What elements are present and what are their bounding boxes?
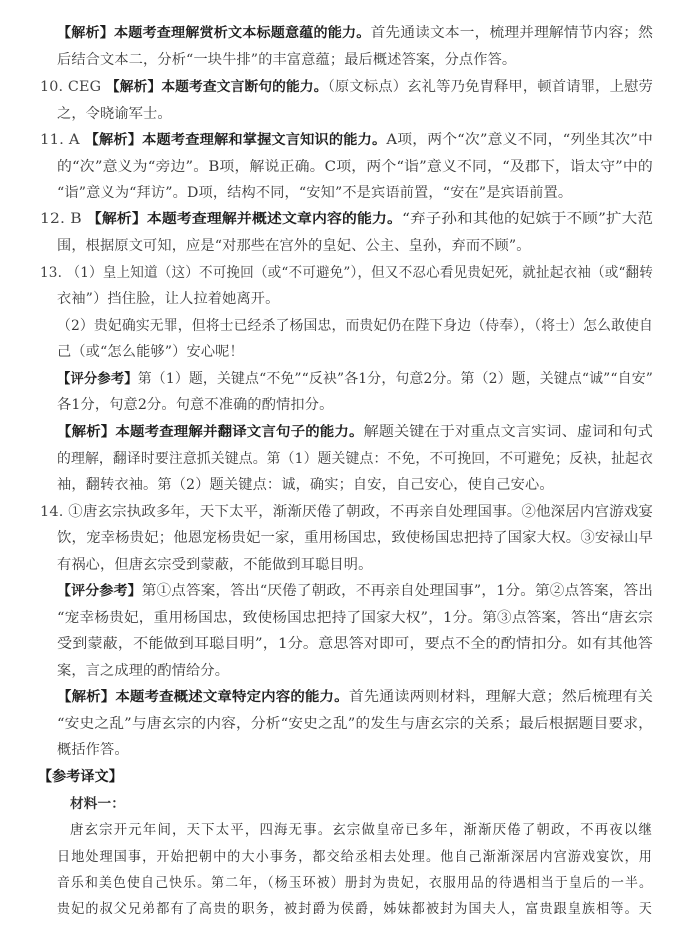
text-line: 己（或“怎么能够”）安心呢！ — [57, 343, 244, 361]
text-line: 概括作答。 — [57, 741, 129, 759]
text-line: 衣袖”）挡住脸，让人拉着她离开。 — [57, 290, 279, 308]
text-line: 日地处理国事，开始把朝中的大小事务，都交给丞相去处理。他自己渐渐深居内宫游戏宴饮… — [57, 848, 653, 866]
text-line: 围，根据原文可知，应是“对那些在宫外的皇妃、公主、皇孙，弃而不顾”。 — [57, 237, 531, 255]
body-text: “诣”意义为“拜访”。D项，结构不同，“安知”不是宾语前置，“安在”是宾语前置。 — [57, 185, 572, 201]
body-text: 袖，翻转衣袖。第（2）题关键点：诚，确实；自安，自己安心，使自己安心。 — [57, 477, 554, 493]
body-text: 概括作答。 — [57, 742, 129, 758]
body-text: 饮，宠幸杨贵妃；他恩宠杨贵妃一家，重用杨国忠，致使杨国忠把持了国家大权。③安禄山… — [57, 530, 653, 546]
text-line: 14. ①唐玄宗执政多年，天下太平，渐渐厌倦了朝政，不再亲自处理国事。②他深居内… — [40, 503, 653, 521]
body-text: 有祸心，但唐玄宗受到蒙蔽，不能做到耳聪目明。 — [57, 557, 372, 573]
body-text: “安史之乱”与唐玄宗的内容，分析“安史之乱”的发生与唐玄宗的关系；最后根据题目要… — [57, 716, 653, 732]
body-text: 围，根据原文可知，应是“对那些在宫外的皇妃、公主、皇孙，弃而不顾”。 — [57, 238, 531, 254]
text-line: “宠幸杨贵妃，重用杨国忠，致使杨国忠把持了国家大权”，1分。第③点答案，答出“唐… — [57, 609, 653, 627]
text-line: 后结合文本二，分析“一块牛排”的丰富意蕴；最后概述答案，分点作答。 — [57, 51, 516, 69]
body-text: 首先通读文本一，梳理并理解情节内容；然 — [371, 25, 653, 41]
text-line: 的“次”意义为“旁边”。B项，解说正确。C项，两个“诣”意义不同，“及郡下，诣太… — [57, 158, 653, 176]
text-line: 饮，宠幸杨贵妃；他恩宠杨贵妃一家，重用杨国忠，致使杨国忠把持了国家大权。③安禄山… — [57, 529, 653, 547]
analysis-label: 【解析】本题考查理解并概述文章内容的能力。 — [87, 211, 402, 227]
text-line: 案，言之成理的酌情给分。 — [57, 662, 229, 680]
text-line: 【解析】本题考查理解赏析文本标题意蕴的能力。首先通读文本一，梳理并理解情节内容；… — [57, 24, 653, 42]
body-text: （2）贵妃确实无罪，但将士已经杀了杨国忠，而贵妃仍在陛下身边（侍奉），（将士）怎… — [57, 318, 653, 334]
text-line: 【解析】本题考查概述文章特定内容的能力。首先通读两则材料，理解大意；然后梳理有关 — [57, 688, 653, 706]
text-line: 各1分，句意2分。句意不准确的酌情扣分。 — [57, 396, 333, 414]
answer-key-page: 【解析】本题考查理解赏析文本标题意蕴的能力。首先通读文本一，梳理并理解情节内容；… — [0, 0, 692, 931]
question-number: 10. CEG — [40, 79, 106, 95]
text-line: 【评分参考】第（1）题，关键点“不免”“反袂”各1分，句意2分。第（2）题，关键… — [57, 370, 653, 388]
text-line: 13. （1）皇上知道（这）不可挽回（或“不可避免”），但又不忍心看见贵妃死，就… — [40, 264, 653, 282]
analysis-label: 【解析】本题考查理解赏析文本标题意蕴的能力。 — [57, 25, 371, 41]
subsection-heading: 材料一： — [70, 796, 125, 812]
text-line: 【解析】本题考查理解并翻译文言句子的能力。解题关键在于对重点文言实词、虚词和句式 — [57, 423, 653, 441]
text-line: 贵妃的叔父兄弟都有了高贵的职务，被封爵为侯爵，姊妹都被封为国夫人，富贵跟皇族相等… — [57, 900, 653, 918]
text-line: “诣”意义为“拜访”。D项，结构不同，“安知”不是宾语前置，“安在”是宾语前置。 — [57, 184, 572, 202]
body-text: 受到蒙蔽，不能做到耳聪目明”，1分。意思答对即可，要点不全的酌情扣分。如有其他答 — [57, 636, 653, 652]
body-text: （原文标点）玄礼等乃免胄释甲，顿首请罪，上慰劳 — [328, 79, 653, 95]
body-text: 己（或“怎么能够”）安心呢！ — [57, 344, 244, 360]
text-line: 唐玄宗开元年间，天下太平，四海无事。玄宗做皇帝已多年，渐渐厌倦了朝政，不再夜以继 — [70, 821, 653, 839]
translation-text: 日地处理国事，开始把朝中的大小事务，都交给丞相去处理。他自己渐渐深居内宫游戏宴饮… — [57, 849, 653, 865]
text-line: 10. CEG 【解析】本题考查文言断句的能力。（原文标点）玄礼等乃免胄释甲，顿… — [40, 78, 653, 96]
text-line: 有祸心，但唐玄宗受到蒙蔽，不能做到耳聪目明。 — [57, 556, 372, 574]
body-text: “宠幸杨贵妃，重用杨国忠，致使杨国忠把持了国家大权”，1分。第③点答案，答出“唐… — [57, 610, 653, 626]
analysis-label: 【评分参考】 — [57, 371, 138, 387]
translation-text: 唐玄宗开元年间，天下太平，四海无事。玄宗做皇帝已多年，渐渐厌倦了朝政，不再夜以继 — [70, 822, 653, 838]
body-text: 第①点答案，答出“厌倦了朝政，不再亲自处理国事”，1分。第②点答案，答出 — [142, 583, 653, 599]
text-line: 受到蒙蔽，不能做到耳聪目明”，1分。意思答对即可，要点不全的酌情扣分。如有其他答 — [57, 635, 653, 653]
body-text: A项，两个“次”意义不同，“列坐其次”中 — [386, 132, 653, 148]
question-number: 14. — [40, 504, 68, 520]
translation-text: 贵妃的叔父兄弟都有了高贵的职务，被封爵为侯爵，姊妹都被封为国夫人，富贵跟皇族相等… — [57, 901, 653, 917]
body-text: ①唐玄宗执政多年，天下太平，渐渐厌倦了朝政，不再亲自处理国事。②他深居内宫游戏宴 — [68, 504, 653, 520]
analysis-label: 【解析】本题考查概述文章特定内容的能力。 — [57, 689, 349, 705]
question-number: 11. A — [40, 132, 85, 148]
text-line: 袖，翻转衣袖。第（2）题关键点：诚，确实；自安，自己安心，使自己安心。 — [57, 476, 554, 494]
body-text: 的理解，翻译时要注意抓关键点。第（1）题关键点：不免，不可挽回，不可避免；反袂，… — [57, 451, 653, 467]
text-line: 材料一： — [70, 795, 125, 813]
text-line: 的理解，翻译时要注意抓关键点。第（1）题关键点：不免，不可挽回，不可避免；反袂，… — [57, 450, 653, 468]
body-text: （1）皇上知道（这）不可挽回（或“不可避免”），但又不忍心看见贵妃死，就扯起衣袖… — [67, 265, 653, 281]
body-text: 的“次”意义为“旁边”。B项，解说正确。C项，两个“诣”意义不同，“及郡下，诣太… — [57, 159, 653, 175]
body-text: 后结合文本二，分析“一块牛排”的丰富意蕴；最后概述答案，分点作答。 — [57, 52, 516, 68]
text-line: 12. B 【解析】本题考查理解并概述文章内容的能力。“弃子孙和其他的妃嫔于不顾… — [40, 210, 653, 228]
body-text: 之，令晓谕军士。 — [57, 106, 172, 122]
analysis-label: 【解析】本题考查理解和掌握文言知识的能力。 — [85, 132, 387, 148]
section-heading: 【参考译文】 — [38, 769, 123, 785]
body-text: 第（1）题，关键点“不免”“反袂”各1分，句意2分。第（2）题，关键点“诚”“自… — [138, 371, 653, 387]
body-text: 首先通读两则材料，理解大意；然后梳理有关 — [349, 689, 653, 705]
analysis-label: 【解析】本题考查文言断句的能力。 — [106, 79, 328, 95]
translation-text: 音乐和美色使自己快乐。第二年，（杨玉环被）册封为贵妃，衣服用品的待遇相当于皇后的… — [57, 875, 653, 891]
text-line: 之，令晓谕军士。 — [57, 105, 172, 123]
analysis-label: 【解析】本题考查理解并翻译文言句子的能力。 — [57, 424, 364, 440]
text-line: 11. A 【解析】本题考查理解和掌握文言知识的能力。A项，两个“次”意义不同，… — [40, 131, 653, 149]
text-line: 音乐和美色使自己快乐。第二年，（杨玉环被）册封为贵妃，衣服用品的待遇相当于皇后的… — [57, 874, 653, 892]
question-number: 12. B — [40, 211, 87, 227]
text-line: 【评分参考】第①点答案，答出“厌倦了朝政，不再亲自处理国事”，1分。第②点答案，… — [57, 582, 653, 600]
body-text: 各1分，句意2分。句意不准确的酌情扣分。 — [57, 397, 333, 413]
text-line: 【参考译文】 — [38, 768, 123, 786]
text-line: “安史之乱”与唐玄宗的内容，分析“安史之乱”的发生与唐玄宗的关系；最后根据题目要… — [57, 715, 653, 733]
analysis-label: 【评分参考】 — [57, 583, 142, 599]
text-line: （2）贵妃确实无罪，但将士已经杀了杨国忠，而贵妃仍在陛下身边（侍奉），（将士）怎… — [57, 317, 653, 335]
body-text: 案，言之成理的酌情给分。 — [57, 663, 229, 679]
body-text: “弃子孙和其他的妃嫔于不顾”扩大范 — [402, 211, 653, 227]
body-text: 衣袖”）挡住脸，让人拉着她离开。 — [57, 291, 279, 307]
body-text: 解题关键在于对重点文言实词、虚词和句式 — [364, 424, 653, 440]
question-number: 13. — [40, 265, 67, 281]
